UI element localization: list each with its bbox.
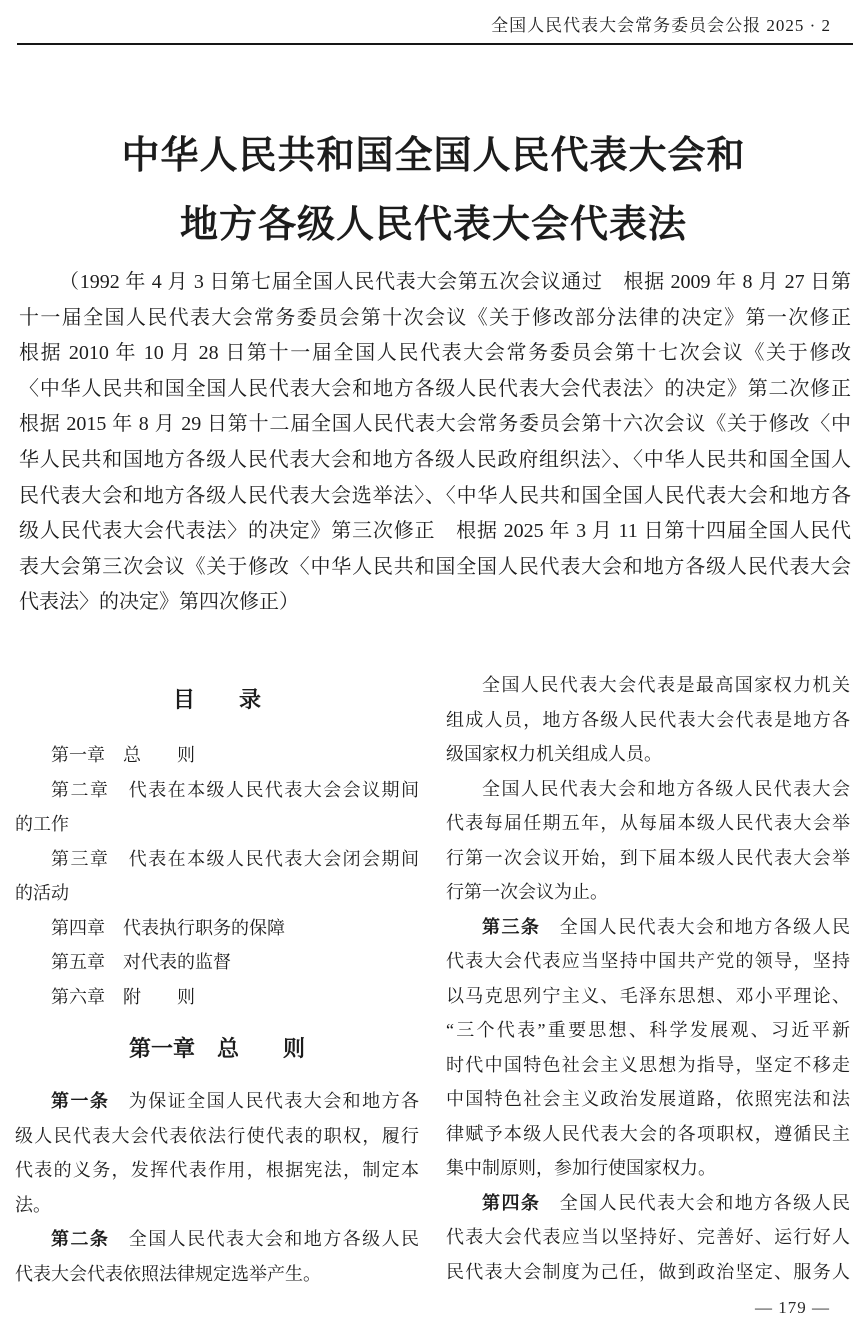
amendment-history-line: 华人民共和国地方各级人民代表大会和地方各级人民政府组织法〉、〈中华人民共和国全国… xyxy=(19,443,851,479)
body-line: 法。 xyxy=(15,1188,419,1223)
toc-entry: 的活动 xyxy=(15,876,419,911)
body-line: 第三条 全国人民代表大会和地方各级人民 xyxy=(446,910,850,945)
body-line: 代表每届任期五年，从每届本级人民代表大会举 xyxy=(446,806,850,841)
article-number: 第一条 xyxy=(51,1091,109,1111)
body-line: 行第一次会议为止。 xyxy=(446,875,850,910)
law-title-line1: 中华人民共和国全国人民代表大会和 xyxy=(0,122,867,191)
toc-entry: 第二章 代表在本级人民代表大会会议期间 xyxy=(15,773,419,808)
left-column: 目 录第一章 总 则第二章 代表在本级人民代表大会会议期间的工作第三章 代表在本… xyxy=(15,668,419,1291)
page-number: — 179 — xyxy=(17,1296,830,1320)
body-line: 全国人民代表大会代表是最高国家权力机关 xyxy=(446,668,850,703)
amendment-history-line: （1992 年 4 月 3 日第七届全国人民代表大会第五次会议通过 根据 200… xyxy=(19,265,851,301)
toc-entry: 第五章 对代表的监督 xyxy=(15,945,419,980)
body-line: 代表大会代表应当以坚持好、完善好、运行好人 xyxy=(446,1220,850,1255)
body-line: 第四条 全国人民代表大会和地方各级人民 xyxy=(446,1186,850,1221)
article-number: 第二条 xyxy=(51,1229,109,1249)
amendment-history-line: 十一届全国人民代表大会常务委员会第十次会议《关于修改部分法律的决定》第一次修正 xyxy=(19,301,851,337)
amendment-history-line: 级人民代表大会代表法〉的决定》第三次修正 根据 2025 年 3 月 11 日第… xyxy=(19,514,851,550)
body-line: 集中制原则，参加行使国家权力。 xyxy=(446,1151,850,1186)
body-line: 代表大会代表应当坚持中国共产党的领导，坚持 xyxy=(446,944,850,979)
body-line: 以马克思列宁主义、毛泽东思想、邓小平理论、 xyxy=(446,979,850,1014)
amendment-history-line: 代表法〉的决定》第四次修正） xyxy=(19,585,851,621)
amendment-history-line: 〈中华人民共和国全国人民代表大会和地方各级人民代表大会代表法〉的决定》第二次修正 xyxy=(19,372,851,408)
amendment-history-line: 根据 2015 年 8 月 29 日第十二届全国人民代表大会常务委员会第十六次会… xyxy=(19,407,851,443)
body-line: 级人民代表大会代表依法行使代表的职权，履行 xyxy=(15,1119,419,1154)
body-line: 级国家权力机关组成人员。 xyxy=(446,737,850,772)
amendment-history-line: 民代表大会和地方各级人民代表大会选举法〉、〈中华人民共和国全国人民代表大会和地方… xyxy=(19,479,851,515)
body-line: 第一条 为保证全国人民代表大会和地方各 xyxy=(15,1084,419,1119)
amendment-history-line: 表大会第三次会议《关于修改〈中华人民共和国全国人民代表大会和地方各级人民代表大会 xyxy=(19,550,851,586)
body-line: 行第一次会议开始，到下届本级人民代表大会举 xyxy=(446,841,850,876)
body-line: 代表大会代表依照法律规定选举产生。 xyxy=(15,1257,419,1292)
toc-heading: 目 录 xyxy=(15,682,419,718)
article-number: 第四条 xyxy=(482,1193,540,1213)
toc-entry: 第四章 代表执行职务的保障 xyxy=(15,911,419,946)
law-title-line2: 地方各级人民代表大会代表法 xyxy=(0,191,867,260)
body-line: 律赋予本级人民代表大会的各项职权，遵循民主 xyxy=(446,1117,850,1152)
body-line: 民代表大会制度为己任，做到政治坚定、服务人 xyxy=(446,1255,850,1290)
law-title: 中华人民共和国全国人民代表大会和 地方各级人民代表大会代表法 xyxy=(0,122,867,260)
body-line: 全国人民代表大会和地方各级人民代表大会 xyxy=(446,772,850,807)
body-line: 中国特色社会主义政治发展道路，依照宪法和法 xyxy=(446,1082,850,1117)
document-page: 全国人民代表大会常务委员会公报 2025 · 2 中华人民共和国全国人民代表大会… xyxy=(0,0,867,1335)
toc-entry: 第三章 代表在本级人民代表大会闭会期间 xyxy=(15,842,419,877)
body-line: “三个代表”重要思想、科学发展观、习近平新 xyxy=(446,1013,850,1048)
toc-entry: 的工作 xyxy=(15,807,419,842)
publication-header: 全国人民代表大会常务委员会公报 2025 · 2 xyxy=(17,14,831,38)
body-line: 时代中国特色社会主义思想为指导，坚定不移走 xyxy=(446,1048,850,1083)
amendment-history: （1992 年 4 月 3 日第七届全国人民代表大会第五次会议通过 根据 200… xyxy=(19,265,851,621)
chapter-1-heading: 第一章 总 则 xyxy=(15,1031,419,1067)
right-column: 全国人民代表大会代表是最高国家权力机关组成人员，地方各级人民代表大会代表是地方各… xyxy=(446,668,850,1289)
article-number: 第三条 xyxy=(482,917,540,937)
toc-entry: 第六章 附 则 xyxy=(15,980,419,1015)
amendment-history-line: 根据 2010 年 10 月 28 日第十一届全国人民代表大会常务委员会第十七次… xyxy=(19,336,851,372)
body-line: 组成人员，地方各级人民代表大会代表是地方各 xyxy=(446,703,850,738)
header-rule xyxy=(17,43,853,45)
body-line: 代表的义务，发挥代表作用，根据宪法，制定本 xyxy=(15,1153,419,1188)
toc-entry: 第一章 总 则 xyxy=(15,738,419,773)
body-line: 第二条 全国人民代表大会和地方各级人民 xyxy=(15,1222,419,1257)
